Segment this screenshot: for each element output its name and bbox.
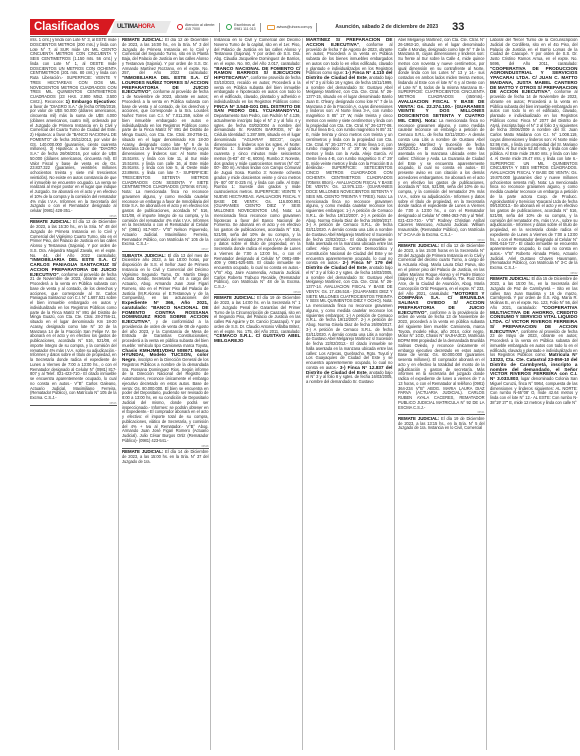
notice-text: , conforme a la providencia de orden de … [398, 310, 485, 410]
publication-logo: ULTIMAHORA [111, 21, 171, 33]
notice-ref-code: 36526 [30, 402, 117, 406]
notice-text: El día 12 de Diciembre de 2023, a las 16… [122, 38, 209, 75]
legal-notice: REMATE JUDICIAL: El día 12 de Diciembre … [122, 38, 209, 247]
notice-ref-code: 36527 [122, 248, 209, 252]
classifieds-columns: mts. 1 cmt.) y linda con Lote N° 3, al E… [30, 38, 580, 750]
notice-text: , conforme al proveído de fecha 1 de Nov… [122, 89, 209, 246]
notice-text: , lugar denominado Colonia San Miguel Cu… [490, 376, 578, 405]
legal-notice: MARTINEZ S/ PREPARACION DE ACCION EJECUT… [306, 38, 393, 385]
legal-notice: Abel Melgarejo Martínez, con Cta. Cte. C… [398, 38, 485, 238]
contact-phone[interactable]: Atención al cliente:415 7000 [177, 23, 220, 32]
notice-text: Abel Melgarejo Martínez, con Cta. Cte. C… [398, 38, 485, 99]
notice-text: , conforme al proveído de fecha 14 de No… [490, 89, 578, 270]
contact-email[interactable]: avisos@uhora.com.py [267, 23, 318, 32]
phone-icon [177, 24, 183, 30]
column-4: MARTINEZ S/ PREPARACION DE ACCION EJECUT… [306, 38, 395, 750]
legal-notice: REMATE JUDICIAL: El día 14 de Diciembre … [122, 450, 209, 464]
notice-text: mts. 1 cmt.) y linda con Lote N° 3, al E… [30, 38, 117, 104]
notice-ref-code: 36525 [30, 215, 117, 219]
notice-text: El día 13 del mes de Diciembre año 2023,… [122, 253, 209, 301]
notice-text: , anotado bajo el N° 3 y al folio 2 y sg… [306, 265, 393, 370]
notice-ref-code: 36531 [398, 411, 485, 415]
legal-notice: REMATE JUDICIAL: El día 15 de Diciembre … [490, 277, 578, 405]
legal-notice: Instancia en lo Civil y Comercial del Dé… [214, 38, 301, 290]
notice-text: El día 12 de Diciembre de 2023, a las 15… [30, 219, 117, 257]
column-1: mts. 1 cmt.) y linda con Lote N° 3, al E… [30, 38, 119, 750]
logo-ultima: ULTIMA [117, 24, 138, 30]
legal-notice: SUBASTA JUDICIAL: El día 13 del mes de D… [122, 254, 209, 444]
issue-date: Asunción, sábado 2 de diciembre de 2023 [335, 24, 438, 30]
notice-text: Instancia en lo Civil y Comercial del Dé… [214, 38, 301, 66]
column-6: Laboral del Tercer Turno de la Circunscr… [490, 38, 579, 750]
notice-text: a favor de "DIAGRO S.A." de fecha 07/05/… [30, 104, 117, 214]
section-title: Clasificados [30, 19, 115, 35]
mail-icon [267, 25, 275, 30]
logo-hora: HORA [138, 24, 155, 30]
legal-notice: mts. 1 cmt.) y linda con Lote N° 3, al E… [30, 38, 117, 214]
legal-notice: REMATE JUDICIAL: El día 12 de Diciembre … [30, 220, 117, 401]
notice-text: , inscripto en la Dirección General de l… [122, 357, 209, 443]
notice-text: , conforme proveído de fecha 03/10/2023,… [214, 75, 301, 104]
page-number: 33 [452, 21, 464, 33]
page-header: Clasificados ULTIMAHORA Atención al clie… [30, 19, 580, 35]
column-3: Instancia en lo Civil y Comercial del Dé… [214, 38, 303, 750]
notice-ref-code: 36532 [490, 272, 578, 276]
notice-text: , anotado bajo el N° 3 y al folio 16 y s… [306, 75, 393, 265]
notice-text: , conforme al proveído de fecha 21 de No… [30, 272, 117, 401]
legal-notice: REMATE JUDICIAL: El día 19 de Diciembre … [214, 296, 301, 344]
notice-ref-code: 36530 [398, 239, 485, 243]
column-5: Abel Melgarejo Martínez, con Cta. Cte. C… [398, 38, 487, 750]
header-divider [30, 36, 580, 37]
notice-ref-code: 36529 [214, 291, 301, 295]
column-2: REMATE JUDICIAL: El día 12 de Diciembre … [122, 38, 211, 750]
legal-notice: REMATE JUDICIAL: El día 12 de Diciembre … [398, 244, 485, 410]
notice-text: , Departamento San Pedro, con Padrón N° … [214, 108, 301, 289]
notice-text: Laboral del Tercer Turno de la Circunscr… [490, 38, 578, 66]
legal-notice: Laboral del Tercer Turno de la Circunscr… [490, 38, 578, 271]
contact-email-address: avisos@uhora.com.py [277, 25, 313, 29]
notice-text: La mencionada finca no reconoce gravamen… [398, 118, 485, 237]
contact-whatsapp-number: 0981 111 013 [234, 27, 255, 31]
notice-text: , y de conformidad a la providencia de o… [122, 319, 209, 348]
notice-text: El día 12 de Diciembre de 2023, a las 15… [398, 243, 485, 296]
notice-bold-text: "CEMACO S.R.L. C/ GUSTAVO ABEL MELGAREJO [214, 333, 301, 343]
contact-whatsapp[interactable]: Escríbinos al0981 111 013 [226, 23, 260, 32]
notice-ref-code: 36528 [122, 445, 209, 449]
whatsapp-icon [226, 24, 232, 30]
legal-notice: REMATE JUDICIAL: El día 19 de Diciembre … [398, 417, 485, 431]
contact-phone-number: 415 7000 [185, 27, 200, 31]
notice-text: El día 19 de Diciembre de 2023, a las 14… [214, 295, 301, 333]
notice-bold-text: FINCA N° 3.548-G01 DEL DISTRITO DE SAN P… [214, 104, 301, 114]
